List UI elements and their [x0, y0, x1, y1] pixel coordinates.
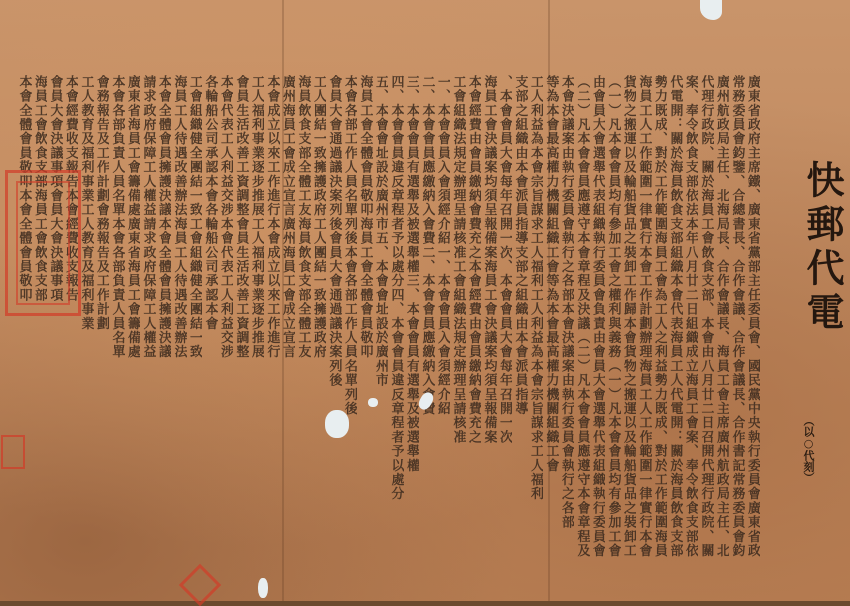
text-column: 本會經費由會員繳納會費充之本會經費由會員繳納會費充之 [466, 75, 482, 595]
text-column: 廣東省政府主席鐵、廣東省黨部主任委員會、國民黨中央執行委員會廣東省政 [745, 75, 761, 595]
torn-corner [700, 0, 722, 20]
text-column: 廣州海員工會成立宣言廣州海員工會成立宣言 [280, 75, 296, 595]
paper-hole [368, 398, 378, 407]
text-column: 代理行政院、關於海員工會飲食支部、本會由八月廿二日召開代理行政院、關 [698, 75, 714, 595]
text-column: 工人利益為本會宗旨謀求工人福利工人利益為本會宗旨謀求工人福利 [528, 75, 544, 595]
text-column: 海員工會飲食支部海員工會飲食支部 [32, 75, 48, 595]
text-column: 一、本會會員入會須經介紹一、本會會員入會須經介紹 [435, 75, 451, 595]
body-text-columns: 廣東省政府主席鐵、廣東省黨部主任委員會、國民黨中央執行委員會廣東省政常務委員會鈞… [0, 75, 760, 595]
paper-hole [325, 410, 349, 438]
text-column: 會員大會決議事項會員大會決議事項 [47, 75, 63, 595]
text-column: 本會全體會員敬叩本會全體會員敬叩 [16, 75, 32, 595]
text-column: 會務報告及工作計劃會務報告及工作計劃 [94, 75, 110, 595]
document-paper: 廣東省政府主席鐵、廣東省黨部主任委員會、國民黨中央執行委員會廣東省政常務委員會鈞… [0, 0, 850, 601]
text-column: 會員大會通過議決案列後會員大會通過議決案列後 [326, 75, 342, 595]
text-column: 等為本會最高權力機關組織工會等為本會最高權力機關組織工會 [543, 75, 559, 595]
text-column: （一）凡本會會員均有參加工會之權利與義務（一）凡本會會員均有參加工會 [605, 75, 621, 595]
text-column: 貨物之搬運以及輪船貨品之裝卸工作歸本會貨物之搬運以及輪船貨品之裝卸工 [621, 75, 637, 595]
text-column: 工人教育及福利事業工人教育及福利事業 [78, 75, 94, 595]
text-column: 四、本會會員違反章程者予以處分四、本會會員違反章程者予以處分 [388, 75, 404, 595]
text-column: 本會經費收支報告本會經費收支報告 [63, 75, 79, 595]
text-column: 工人團結一致擁護政府工人團結一致擁護政府 [311, 75, 327, 595]
text-column: 支部之組織由本會派員指導支部之組織由本會派員指導 [512, 75, 528, 595]
text-column: 三、本會會員有選舉及被選舉權三、本會會員有選舉及被選舉權 [404, 75, 420, 595]
text-column: 工人福利事業逐步推展工人福利事業逐步推展 [249, 75, 265, 595]
text-column: 工會組織健全團結一致工會組織健全團結一致 [187, 75, 203, 595]
text-column: 五、本會會址設於廣州市五、本會會址設於廣州市 [373, 75, 389, 595]
text-column: 二、本會會員應繳納入會費二、本會會員應繳納入會費 [419, 75, 435, 595]
text-column: 廣東省海員工會籌備處廣東省海員工會籌備處 [125, 75, 141, 595]
document-title: 快郵代電 [795, 160, 850, 336]
text-column: 請求政府保障工人權益請求政府保障工人權益 [140, 75, 156, 595]
text-column: 廣州航政局主任、北海局長、合作會議長、海員工會主席廣州航政局主任、北 [714, 75, 730, 595]
text-column: 本會決議案由執行委員會執行之各部本會決議案由執行委員會執行之各部 [559, 75, 575, 595]
text-column: 會員生活改善工資調整會員生活改善工資調整 [233, 75, 249, 595]
text-column: 本會成立以來工作進行本會成立以來工作進行 [264, 75, 280, 595]
text-column: 各輪船公司承認本會各輪船公司承認本會 [202, 75, 218, 595]
red-seal-icon [1, 435, 25, 469]
text-column: 本會代表工人利益交涉本會代表工人利益交涉 [218, 75, 234, 595]
text-column: 勢力既成、對於工作範圍海員工會為工人之利益勢力既成、對於工作範圍海員 [652, 75, 668, 595]
text-column: 本會各部負責人員名單本會各部負責人員名單 [109, 75, 125, 595]
text-column: 常務委員會鈞鑒、合總書長、合作會議、合作會議長、合作書記常務委員會鈞 [729, 75, 745, 595]
text-column: 代電開：關於海員飲食支部組織本會代表海員工人代電開：關於海員飲食支部 [667, 75, 683, 595]
text-column: 海員工人工作範圍一律實行本會工作計劃辦理海員工人工作範圍一律實行本會 [636, 75, 652, 595]
text-column: 由會員大會選舉代表組織執行委員會負責由會員大會選舉代表組織執行委員會 [590, 75, 606, 595]
text-column: 案、奉令飲食支部依法本年八月廿二日組織成立海員工會案、奉令飲食支部依 [683, 75, 699, 595]
text-column: 本會全體會員擁護決議本會全體會員擁護決議 [156, 75, 172, 595]
text-column: 、本會會員大會每年召開一次、本會會員大會每年召開一次 [497, 75, 513, 595]
text-column: 海員工人待遇改善辦法海員工人待遇改善辦法 [171, 75, 187, 595]
text-column: 海員工會決議案均須呈報備案海員工會決議案均須呈報備案 [481, 75, 497, 595]
text-column: 本會各部工作人員名單列後本會各部工作人員名單列後 [342, 75, 358, 595]
text-column: 海員飲食支部全體工友海員飲食支部全體工友 [295, 75, 311, 595]
text-column: 工會組織法規定辦理呈請核准工會組織法規定辦理呈請核准 [450, 75, 466, 595]
text-column: 海員工會全體會員敬叩海員工會全體會員敬叩 [357, 75, 373, 595]
code-label: （以○代刻） [800, 415, 816, 483]
paper-hole [258, 578, 268, 598]
red-seal-icon [5, 170, 81, 316]
text-column: （二）凡本會會員應遵守本會章程及決議（二）凡本會會員應遵守本會章程及 [574, 75, 590, 595]
